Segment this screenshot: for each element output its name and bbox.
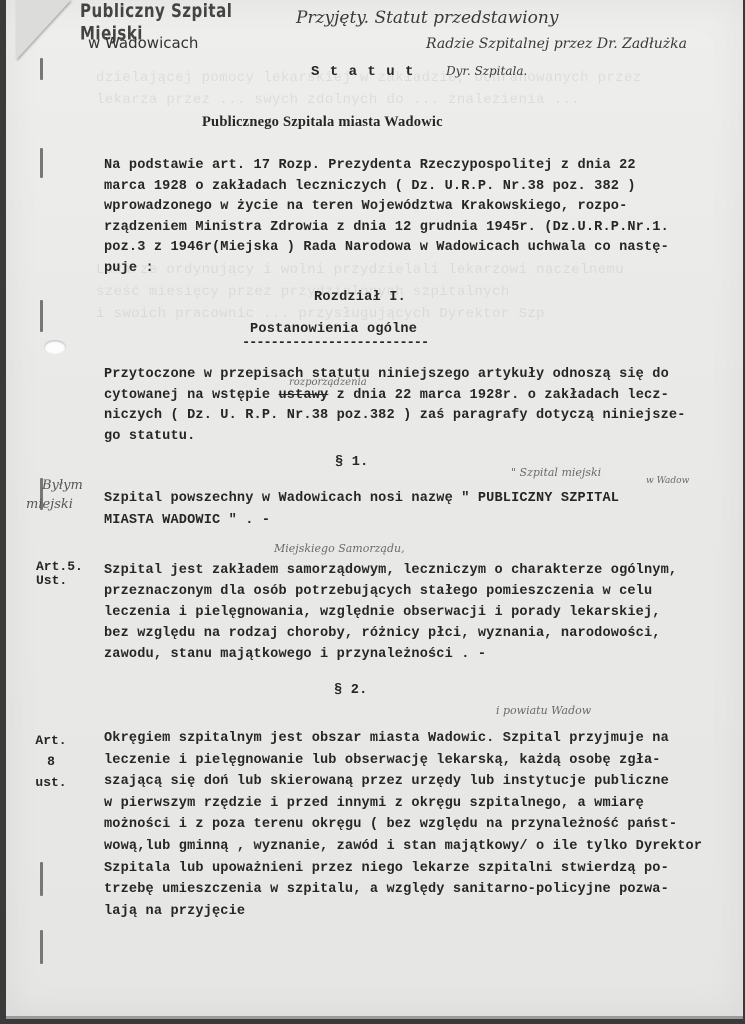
section-line: bez względu na rodzaj choroby, różnicy p… [104, 623, 744, 644]
staple [40, 930, 43, 964]
preamble-line: Na podstawie art. 17 Rozp. Prezydenta Rz… [104, 156, 744, 177]
section-line: Okręgiem szpitalnym jest obszar miasta W… [104, 728, 744, 750]
document-page: dzielającej pomocy lekarskiej w zakładzi… [6, 0, 743, 1019]
margin-article-ref: Art.5. Ust. [36, 560, 83, 588]
handwritten-margin-note: Byłym [42, 478, 83, 493]
section-line: przeznaczonym dla osób potrzebujących st… [104, 581, 744, 602]
preamble-line: poz.3 z 1946r(Miejska ) Rada Narodowa w … [104, 238, 744, 259]
section-line: w pierwszym rzędzie i przed innymi z okr… [104, 793, 744, 815]
bleed-through-text: lekarza przez ... swych zdolnych do ... … [96, 92, 716, 108]
section-heading-1: § 1. [335, 455, 368, 470]
handwritten-note-line-3: Dyr. Szpitala. [446, 64, 527, 78]
section-line: wową,lub gminną , wyznanie, zawód i stan… [104, 836, 744, 858]
section-line: możności i z poza terenu okręgu ( bez wz… [104, 814, 744, 836]
chapter-number: Rozdział I. [314, 290, 406, 305]
handwritten-note-line-2: Radzie Szpitalnej przez Dr. Zadłużka [426, 36, 687, 52]
document-title: S t a t u t [311, 64, 414, 80]
preamble-line: rządzeniem Ministra Zdrowia z dnia 12 gr… [104, 218, 744, 239]
preamble: Na podstawie art. 17 Rozp. Prezydenta Rz… [104, 156, 744, 279]
margin-article-ref: Art. 8 ust. [34, 730, 68, 793]
margin-line: Art.5. [36, 560, 83, 574]
staple [40, 58, 43, 80]
document-subtitle: Publicznego Szpitala miasta Wadowic [202, 114, 443, 131]
preamble-line: puje : [104, 259, 744, 280]
intro-line: cytowanej na wstępie ustawy z dnia 22 ma… [104, 386, 744, 407]
handwritten-insertion: w Wadow [646, 476, 689, 486]
folded-corner [16, 0, 71, 60]
stamp-line-2: w Wadowicach [88, 34, 198, 52]
intro-text: z dnia 22 marca 1928r. o zakładach lecz- [328, 388, 669, 403]
section-line: lają na przyjęcie [104, 901, 744, 923]
section-1-text: Szpital powszechny w Wadowicach nosi naz… [104, 488, 744, 532]
section-line: Szpital powszechny w Wadowicach nosi naz… [104, 488, 744, 510]
section-heading-2: § 2. [334, 683, 367, 698]
section-line: Szpital jest zakładem samorządowym, lecz… [104, 560, 744, 581]
margin-line: ust. [34, 772, 68, 793]
intro-text: cytowanej na wstępie [104, 388, 278, 403]
section-line: Szpitala lub upoważnieni przez niego lek… [104, 858, 744, 880]
hospital-stamp: Publiczny Szpital Miejski w Wadowicach [66, 0, 266, 60]
section-line: MIASTA WADOWIC " . - [104, 510, 744, 532]
bleed-through-text: sześć miesięcy przez przydzielonych szpi… [96, 284, 716, 300]
section-line: leczenie i pielęgnowanie lub obserwację … [104, 750, 744, 772]
handwritten-insertion: " Szpital miejski [511, 466, 601, 479]
chapter-title: Postanowienia ogólne [250, 322, 417, 337]
section-line: zawodu, stanu majątkowego i przynależnoś… [104, 644, 744, 665]
margin-line: Art. [34, 730, 68, 751]
staple [40, 148, 43, 178]
bleed-through-text: i swoich pracownic ... przysługujących D… [96, 306, 716, 322]
section-line: szającą się doń lub skierowaną przez urz… [104, 771, 744, 793]
section-line: leczenia i pielęgnowania, względnie obse… [104, 602, 744, 623]
intro-line: go statutu. [104, 427, 744, 448]
article-5-text: Szpital jest zakładem samorządowym, lecz… [104, 560, 744, 665]
handwritten-note-line-1: Przyjęty. Statut przedstawiony [296, 8, 558, 28]
punch-hole [44, 340, 66, 354]
preamble-line: marca 1928 o zakładach leczniczych ( Dz.… [104, 177, 744, 198]
handwritten-insertion: i powiatu Wadow [496, 704, 591, 717]
margin-line: Ust. [36, 574, 83, 588]
struck-word: ustawy [278, 388, 328, 403]
section-line: trzebę umieszczenia w szpitalu, a względ… [104, 879, 744, 901]
handwritten-margin-note: miejski [26, 497, 73, 512]
preamble-line: wprowadzonego w życie na teren Województ… [104, 197, 744, 218]
staple [40, 862, 43, 896]
intro-line: niczych ( Dz. U. R.P. Nr.38 poz.382 ) za… [104, 406, 744, 427]
margin-line: 8 [34, 751, 68, 772]
chapter-title-rule: -------------------------- [242, 336, 428, 351]
section-2-text: Okręgiem szpitalnym jest obszar miasta W… [104, 728, 744, 922]
intro-paragraph: Przytoczone w przepisach statutu niniejs… [104, 365, 744, 447]
staple [40, 300, 43, 332]
intro-line: Przytoczone w przepisach statutu niniejs… [104, 365, 744, 386]
handwritten-insertion: Miejskiego Samorządu, [274, 542, 405, 555]
